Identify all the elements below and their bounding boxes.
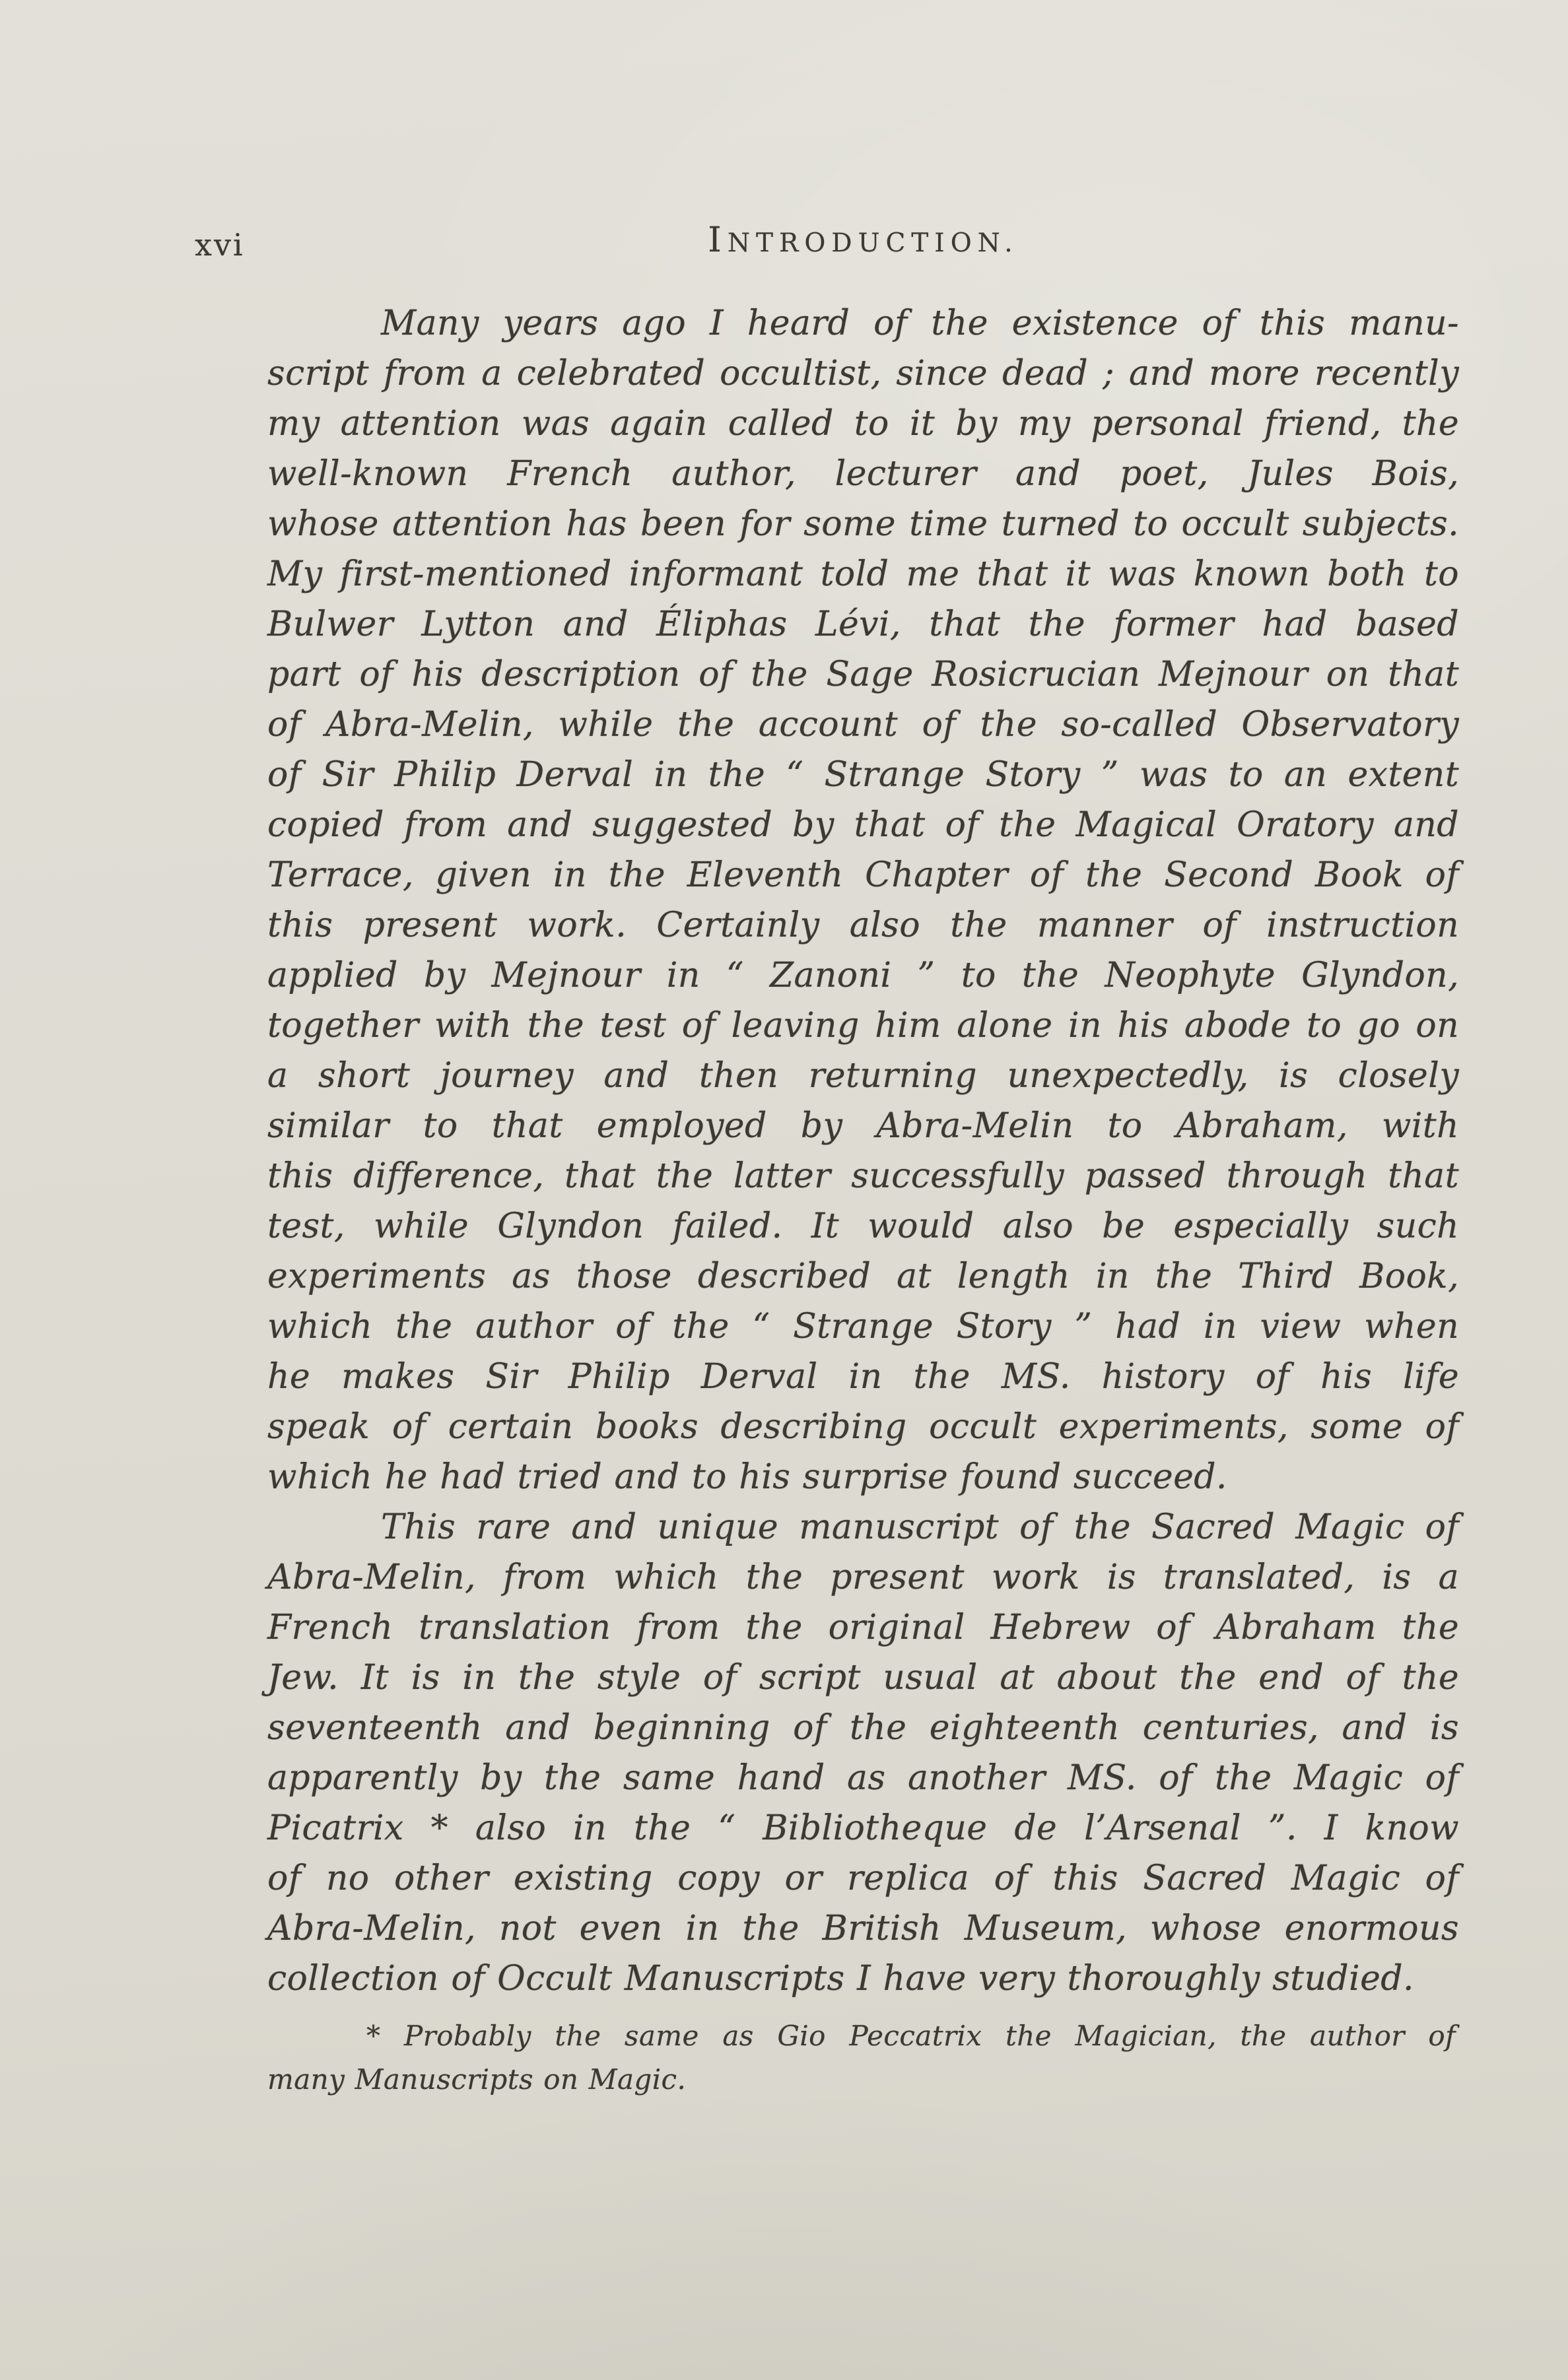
text-line: many Manuscripts on Magic. — [267, 2058, 1456, 2101]
body-text: Many years ago I heard of the existence … — [267, 298, 1459, 2004]
text-line: Terrace, given in the Eleventh Chapter o… — [267, 850, 1459, 900]
chapter-header: Introduction. — [267, 220, 1459, 260]
text-line: of no other existing copy or replica of … — [267, 1853, 1459, 1903]
text-line: Abra-Melin, from which the present work … — [267, 1552, 1459, 1603]
footnote: * Probably the same as Gio Peccatrix the… — [267, 2014, 1456, 2101]
text-line: applied by Mejnour in “ Zanoni ” to the … — [267, 950, 1459, 1001]
text-line: My first-mentioned informant told me tha… — [267, 549, 1459, 599]
text-line: apparently by the same hand as another M… — [267, 1753, 1459, 1803]
text-line: * Probably the same as Gio Peccatrix the… — [267, 2014, 1456, 2058]
text-line: collection of Occult Manuscripts I have … — [267, 1954, 1459, 2004]
text-line: Many years ago I heard of the existence … — [267, 298, 1459, 348]
text-line: similar to that employed by Abra-Melin t… — [267, 1101, 1459, 1151]
text-line: Picatrix * also in the “ Bibliotheque de… — [267, 1803, 1459, 1853]
text-line: a short journey and then returning unexp… — [267, 1051, 1459, 1101]
text-line: script from a celebrated occultist, sinc… — [267, 348, 1459, 399]
text-line: together with the test of leaving him al… — [267, 1001, 1459, 1051]
text-line: my attention was again called to it by m… — [267, 399, 1459, 449]
text-line: well-known French author, lecturer and p… — [267, 449, 1459, 499]
text-line: Abra-Melin, not even in the British Muse… — [267, 1903, 1459, 1954]
text-line: part of his description of the Sage Rosi… — [267, 649, 1459, 700]
text-line: he makes Sir Philip Derval in the MS. hi… — [267, 1352, 1459, 1402]
text-line: experiments as those described at length… — [267, 1251, 1459, 1302]
text-line: copied from and suggested by that of the… — [267, 800, 1459, 850]
text-line: which the author of the “ Strange Story … — [267, 1302, 1459, 1352]
page-number: xvi — [195, 227, 245, 263]
text-line: this present work. Certainly also the ma… — [267, 900, 1459, 950]
text-line: this difference, that the latter success… — [267, 1151, 1459, 1201]
text-line: of Abra-Melin, while the account of the … — [267, 700, 1459, 750]
text-line: seventeenth and beginning of the eightee… — [267, 1703, 1459, 1753]
text-line: Jew. It is in the style of script usual … — [267, 1653, 1459, 1703]
text-line: which he had tried and to his surprise f… — [267, 1452, 1459, 1502]
text-line: speak of certain books describing occult… — [267, 1402, 1459, 1452]
text-line: This rare and unique manuscript of the S… — [267, 1502, 1459, 1552]
text-line: Bulwer Lytton and Éliphas Lévi, that the… — [267, 599, 1459, 649]
text-line: whose attention has been for some time t… — [267, 499, 1459, 549]
text-line: test, while Glyndon failed. It would als… — [267, 1201, 1459, 1251]
book-page-scan: xvi Introduction. Many years ago I heard… — [0, 0, 1568, 2380]
text-line: French translation from the original Heb… — [267, 1603, 1459, 1653]
text-line: of Sir Philip Derval in the “ Strange St… — [267, 750, 1459, 800]
